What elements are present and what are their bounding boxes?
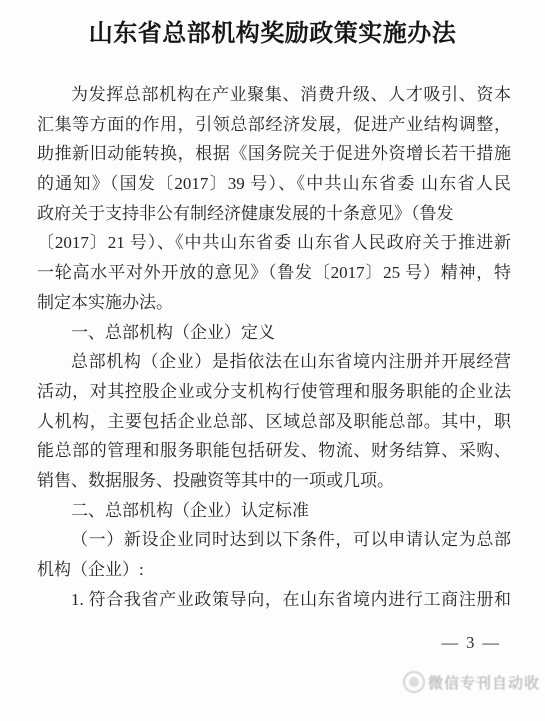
text-line: 制定本实施办法。 xyxy=(37,288,511,318)
watermark-logo-icon xyxy=(403,671,425,693)
body-text: 为发挥总部机构在产业聚集、消费升级、人才吸引、资本汇集等方面的作用，引领总部经济… xyxy=(37,80,511,614)
text-line: 一、总部机构（企业）定义 xyxy=(37,318,511,348)
text-line: 机构（企业）: xyxy=(37,555,511,585)
text-line: 为发挥总部机构在产业聚集、消费升级、人才吸引、资本 xyxy=(37,80,511,110)
text-line: 助推新旧动能转换，根据《国务院关于促进外资增长若干措施 xyxy=(37,139,511,169)
text-line: 能总部的管理和服务职能包括研发、物流、财务结算、采购、 xyxy=(37,436,511,466)
text-line: 汇集等方面的作用，引领总部经济发展，促进产业结构调整， xyxy=(37,110,511,140)
text-line: 〔2017〕21 号）、《中共山东省委 山东省人民政府关于推进新 xyxy=(37,228,511,258)
text-line: 人机构，主要包括企业总部、区域总部及职能总部。其中，职 xyxy=(37,407,511,437)
page-number: — 3 — xyxy=(442,633,502,653)
text-line: （一）新设企业同时达到以下条件，可以申请认定为总部 xyxy=(37,525,511,555)
document-page: 山东省总部机构奖励政策实施办法 为发挥总部机构在产业聚集、消费升级、人才吸引、资… xyxy=(0,0,545,721)
text-line: 1. 符合我省产业政策导向，在山东省境内进行工商注册和 xyxy=(37,585,511,615)
text-line: 二、总部机构（企业）认定标准 xyxy=(37,496,511,526)
text-line: 的通知》（国发〔2017〕39 号）、《中共山东省委 山东省人民 xyxy=(37,169,511,199)
text-line: 总部机构（企业）是指依法在山东省境内注册并开展经营 xyxy=(37,347,511,377)
text-line: 活动，对其控股企业或分支机构行使管理和服务职能的企业法 xyxy=(37,377,511,407)
watermark: 微信专刊自动收 xyxy=(403,671,540,693)
page-title: 山东省总部机构奖励政策实施办法 xyxy=(0,13,545,48)
watermark-text: 微信专刊自动收 xyxy=(428,672,540,693)
text-line: 一轮高水平对外开放的意见》（鲁发〔2017〕25 号）精神，特 xyxy=(37,258,511,288)
text-line: 政府关于支持非公有制经济健康发展的十条意见》（鲁发 xyxy=(37,199,511,229)
text-line: 销售、数据服务、投融资等其中的一项或几项。 xyxy=(37,466,511,496)
